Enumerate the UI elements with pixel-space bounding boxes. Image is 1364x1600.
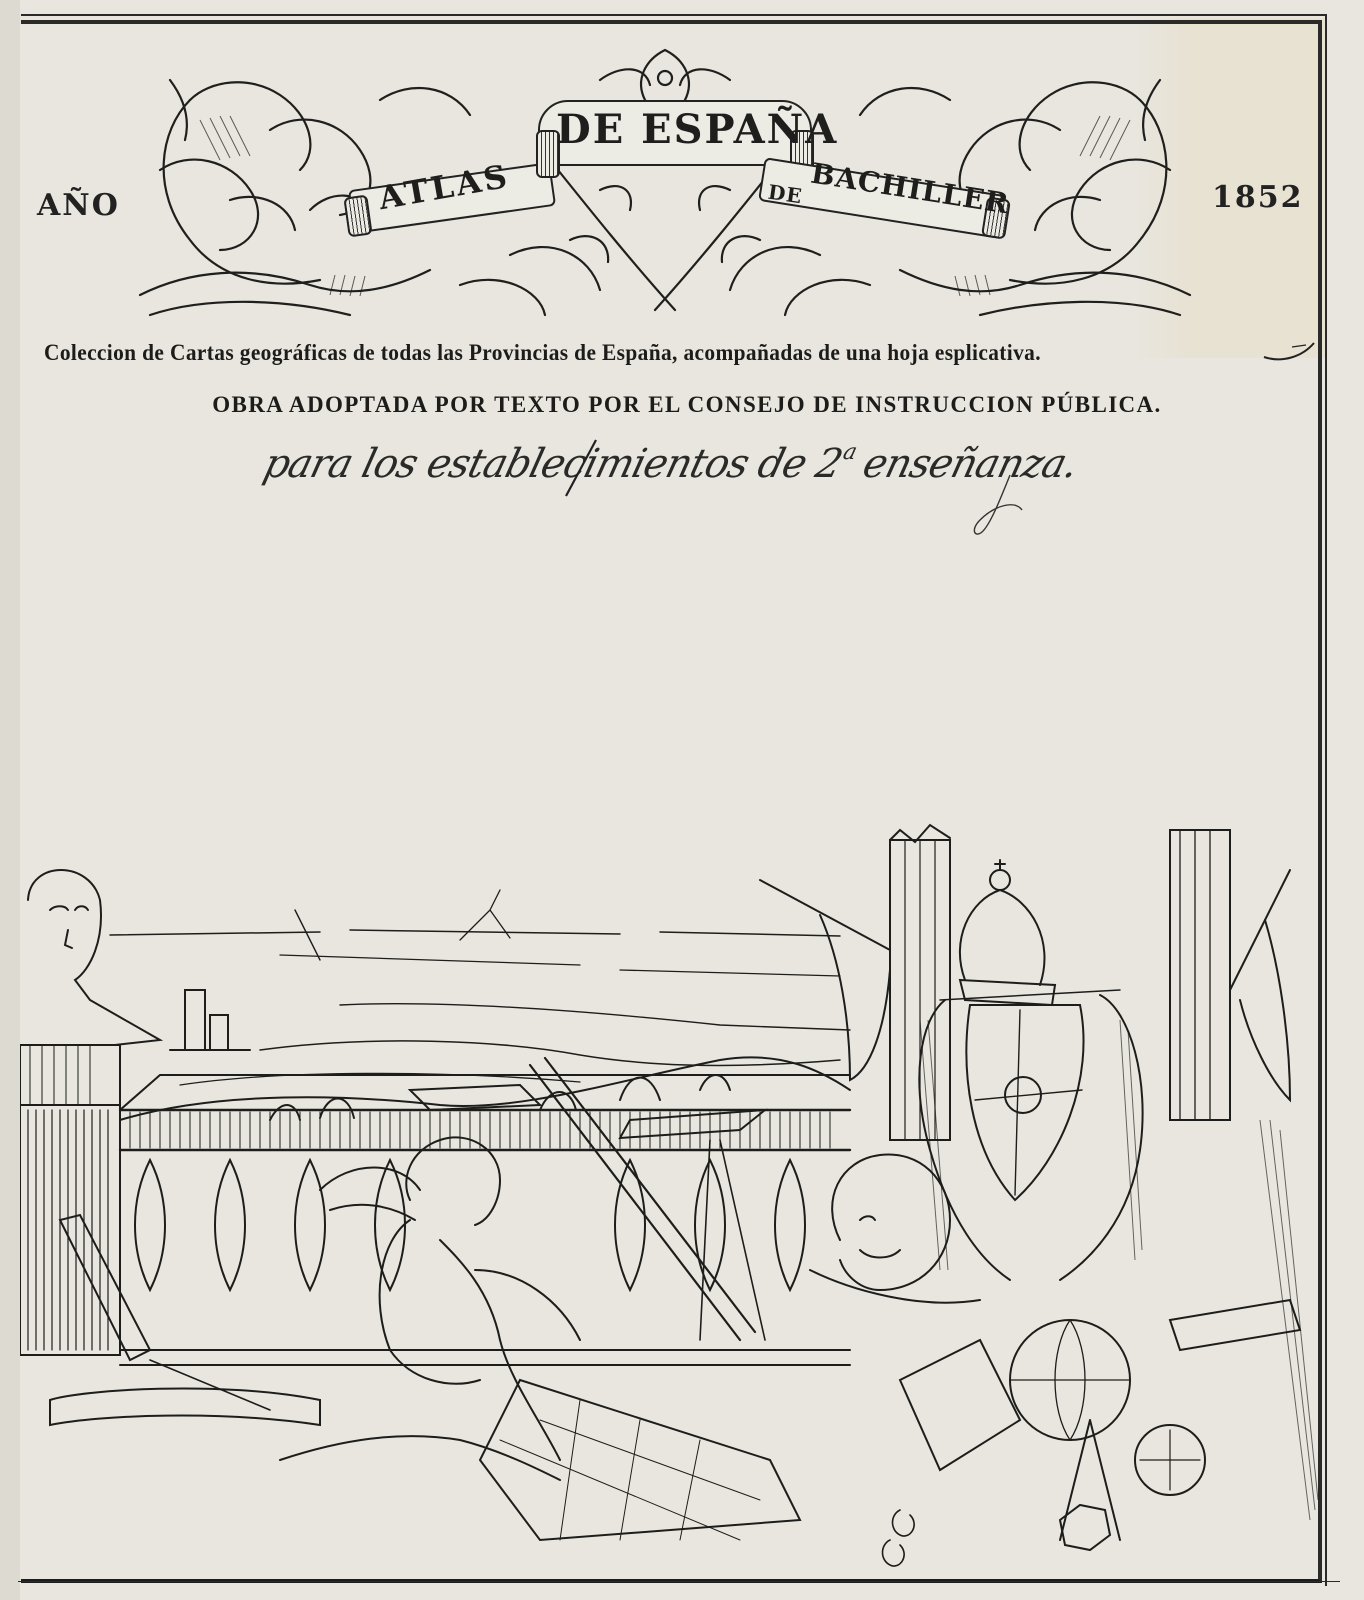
script-text-main: para los establecimientos de 2 — [259, 441, 846, 487]
allegorical-engraving — [20, 820, 1320, 1580]
year-value: 1852 — [1212, 180, 1304, 215]
ribbon-text-de-espana: DE ESPAÑA — [556, 106, 838, 153]
ribbon-text-de: DE — [766, 180, 804, 209]
subtitle-collection-description: Coleccion de Cartas geográficas de todas… — [44, 340, 1179, 366]
handwritten-dedication: para los establecimientos de 2a enseñanz… — [259, 440, 1082, 487]
acanthus-ornament-icon — [130, 40, 1200, 320]
border-frame-bottom-rule — [18, 1581, 1340, 1582]
swash-flourish-icon — [1262, 335, 1322, 365]
year-prefix-label: AÑO — [37, 188, 120, 223]
page-gutter-edge — [0, 0, 21, 1600]
script-slash-stroke-icon — [560, 438, 600, 498]
adoption-statement: OBRA ADOPTADA POR TEXTO POR EL CONSEJO D… — [137, 392, 1237, 418]
script-loop-flourish-icon — [960, 470, 1040, 540]
